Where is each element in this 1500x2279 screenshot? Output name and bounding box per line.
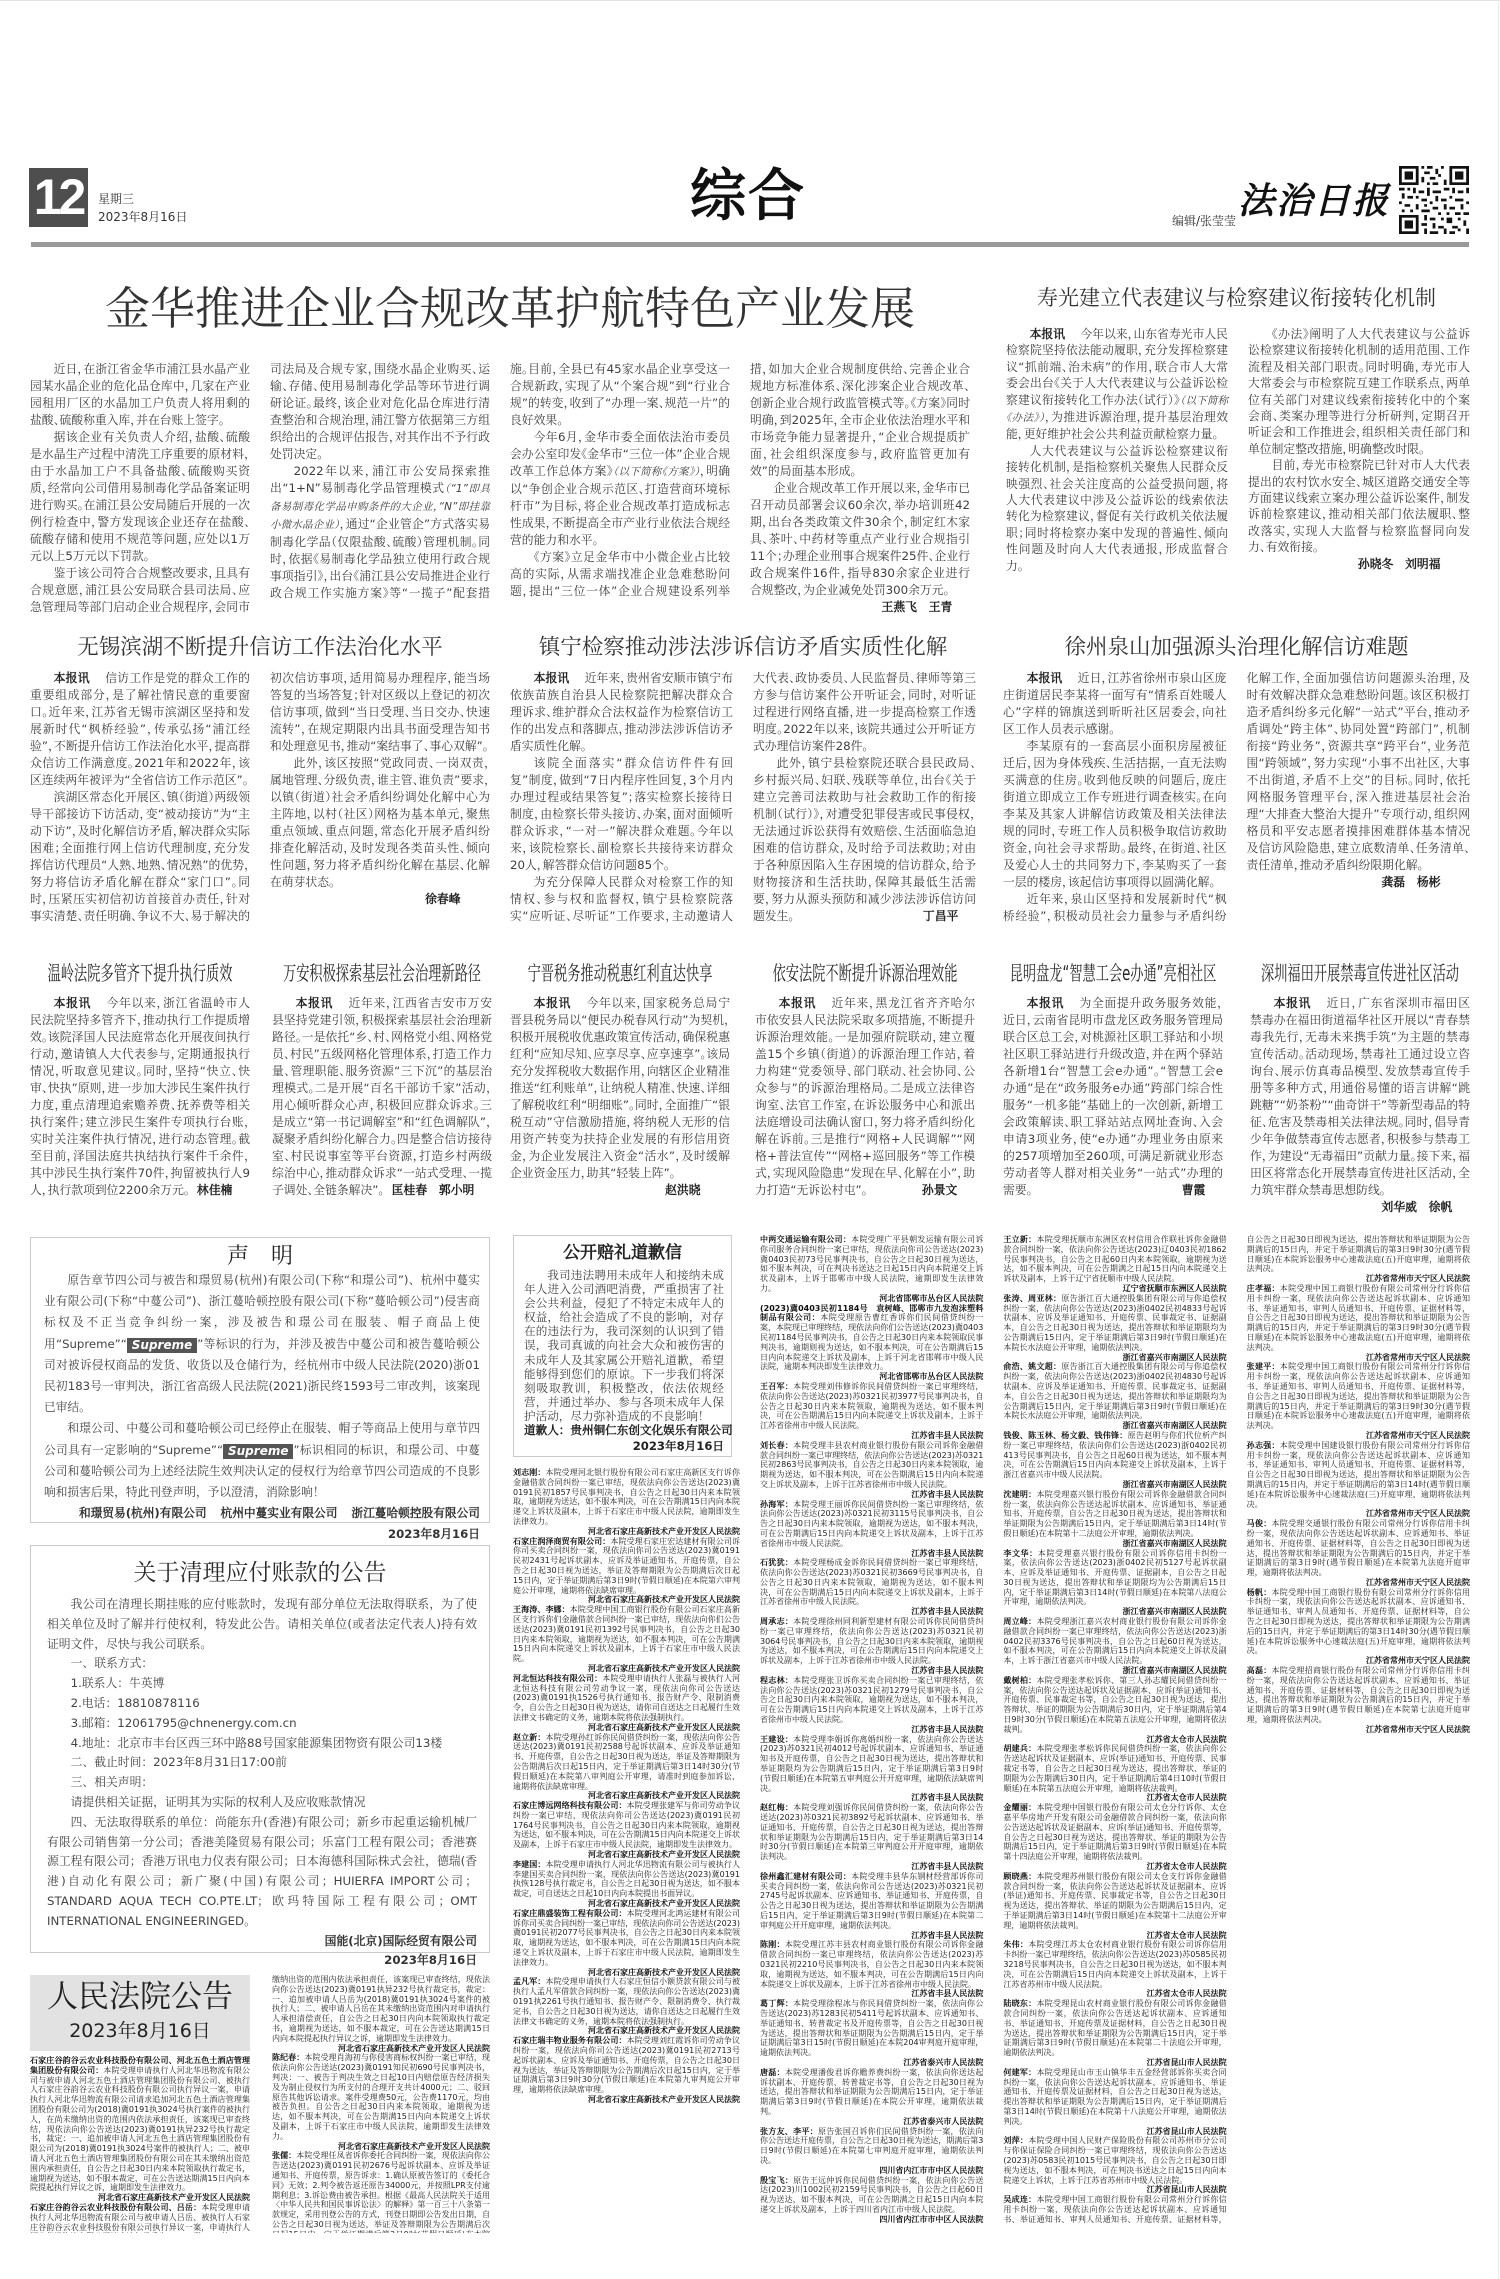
notice-body: 张建平：本院受理中国工商银行股份有限公司常州分行诉你信用卡纠纷一案，现依法向你公… xyxy=(1247,1362,1470,1431)
notice-text: 本院受理丰县农村商业银行股份有限公司诉你金融借款合同纠纷一案已审理终结，依法向你… xyxy=(760,1441,983,1489)
court-notice: 周立峰：本院受理浙江嘉兴农村商业银行股份有限公司诉你金融借款合同纠纷一案已审理终… xyxy=(1003,1617,1226,1676)
editor-credit: 编辑/张莹莹 xyxy=(1140,214,1236,228)
court-notice: 何建军：本院受理昆山市玉山镇华丰五金经营部诉你买卖合同纠纷一案，依法向你公告送达… xyxy=(1003,2068,1226,2137)
notice-body: 俞浩、姚文超：原告浙江百大通控股集团有限公司与你追偿权纠纷一案，依法向你公告送达… xyxy=(1003,1362,1226,1421)
notice-text: 本院受理徐程冰与你民间借贷纠纷一案，依法向你公告送达(2023)苏1283民初5… xyxy=(760,1999,983,2057)
notice-parties: 吴成连： xyxy=(1003,2195,1036,2204)
notice-parties: 王立新： xyxy=(1003,1235,1036,1244)
issue-weekday: 星期三 xyxy=(98,192,134,206)
notice-body: 顾晓燕：本院受理苏州银行股份有限公司太仓支行诉你金融借款合同纠纷一案，依法向你公… xyxy=(1003,1872,1226,1931)
court-notice: 葛丁辉：本院受理徐程冰与你民间借贷纠纷一案，依法向你公告送达(2023)苏128… xyxy=(760,1999,983,2068)
notice-parties: 戴树柏： xyxy=(1003,1676,1036,1685)
notice-body: 张儒：本院受理任凤省诉你委托合同纠纷一案，现依法向你公告送达(2023)冀019… xyxy=(272,2151,490,2233)
apology-body: 我司违法聘用未成年人和接纳未成年人进入公司酒吧消费，严重损害了社会公共利益，侵犯… xyxy=(524,1268,724,1454)
notice-parties: 胡建兵： xyxy=(1003,1744,1036,1753)
statement-signers: 和璟贸易(杭州)有限公司杭州中蔓实业有限公司浙江蔓哈顿控股有限公司 xyxy=(44,1503,480,1524)
notice-text: 本院受理嘉兴银行股份有限公司诉你金融借款合同纠纷一案，依法向你公告送达起诉状副本… xyxy=(1003,1490,1226,1538)
notice-parties: 庄孝福： xyxy=(1247,1284,1280,1293)
notice-text: 本院受理河北银行股份有限公司石家庄高新区支行诉你金融借款合同纠纷一案已审结，现依… xyxy=(513,1468,740,1526)
notice-parties: 唐磊： xyxy=(760,2068,785,2077)
contact-address: 4.地址：北京市丰台区西三环中路88号国家能源集团物资有限公司13楼 xyxy=(47,1734,477,1754)
paragraph: 人大代表建议与公益诉讼检察建议衔接转化机制，是指检察机关聚焦人民群众反映强烈、社… xyxy=(1006,443,1228,574)
byline: 龚磊 杨彬 xyxy=(1247,874,1471,891)
notice-court: 辽宁省抚顺市东洲区人民法院 xyxy=(1003,1284,1226,1294)
article-body: 本报讯信访工作是党的群众工作的重要组成部分，是了解社情民意的重要窗口。近年来，江… xyxy=(30,670,490,936)
notice-court: 四川省内江市市中区人民法院 xyxy=(760,2215,983,2225)
notice-body: 周承志：本院受理徐州同利新型建材有限公司诉你民间借贷纠纷一案已审理终结，依法向你… xyxy=(760,1617,983,1666)
page-number: 12 xyxy=(29,168,88,227)
paragraph: 本报讯信访工作是党的群众工作的重要组成部分，是了解社情民意的重要窗口。近年来，江… xyxy=(30,670,250,789)
court-notice: 杨帆：本院受理中国工商银行股份有限公司常州分行诉你信用卡纠纷一案，现依法向你公告… xyxy=(1247,1588,1470,1666)
notice-court: 江苏省丰县人民法院 xyxy=(760,1793,983,1803)
notice-court: 河北省石家庄高新技术产业开发区人民法院 xyxy=(513,1899,740,1909)
notice-body: 庄孝福：本院受理中国工商银行股份有限公司常州分行诉你信用卡纠纷一案，现依法向你公… xyxy=(1247,1284,1470,1353)
court-notices-columns: 中两交通运输有限公司：本院受理广平县朝发运输有限公司诉你司服务合同纠纷一案已审结… xyxy=(760,1235,1470,2233)
notice-text: 本院受理孙红诉你民间借贷纠纷一案，现依法向你公告送达(2023)冀0191民初2… xyxy=(513,1733,740,1791)
court-notice: 孟凡军：本院受理申请执行人石家庄恒信小额贷款有限公司与被执行人孟凡军借款合同纠纷… xyxy=(513,1977,740,2036)
court-notice: 金耀丽：本院受理中国银行股份有限公司太仓分行诉你、太仓嘉平华房地产开发有限公司金… xyxy=(1003,1803,1226,1872)
notice-body: 赵红梅：本院受理刘强诉你民间借贷纠纷一案，依法向你公告送达(2023)苏0321… xyxy=(760,1803,983,1862)
notice-court: 河北省邯郸市丛台区人民法院 xyxy=(760,1294,983,1304)
notice-court: 河北省石家庄高新技术产业开发区人民法院 xyxy=(513,1664,740,1674)
court-notice: 胡建兵：本院受理张孝松诉你民间借贷纠纷一案，依法向你公告送达起诉状及证据副本、应… xyxy=(1003,1744,1226,1803)
court-notice: 钱俊、陈玉林、杨文毅、钱伟锋：原告赵明与你们代位析产纠纷一案已审理终结，依法向你… xyxy=(1003,1431,1226,1490)
statement-date: 2023年8月16日 xyxy=(44,1524,480,1545)
paragraph: 企业合规改革工作开展以来，金华市已召开动员部署会议60余次，举办培训班42期，出… xyxy=(750,480,970,599)
dateline: 本报讯 xyxy=(1027,996,1065,1010)
header-rule xyxy=(31,242,1469,247)
notice-body: 戴树柏：本院受理张孝松诉你、第三人孙志耀民间借贷纠纷一案，依法向你公告送达起诉状… xyxy=(1003,1676,1226,1735)
notice-parties: 金耀丽： xyxy=(1003,1803,1036,1812)
court-notice: 顾晓燕：本院受理苏州银行股份有限公司太仓支行诉你金融借款合同纠纷一案，依法向你公… xyxy=(1003,1872,1226,1941)
notice-text: 本院受理王丽诉你民间借贷纠纷一案已审理终结，依法向你公告送达(2023)苏032… xyxy=(760,1500,983,1548)
notice-court: 浙江省嘉兴市南湖区人民法院 xyxy=(1003,1539,1226,1549)
notice-body: 刘长春：本院受理丰县农村商业银行股份有限公司诉你金融借款合同纠纷一案已审理终结，… xyxy=(760,1441,983,1490)
court-notice: 王立新：本院受理抚顺市东洲区农村信用合作联社诉你金融借款合同纠纷一案，依法向你公… xyxy=(1003,1235,1226,1294)
notice-parties: 张涛、周亚林： xyxy=(1003,1294,1061,1303)
paragraph-text: 近日，广东省深圳市福田区禁毒办在福田街道福华社区开展以“青春禁毒我先行，无毒未来… xyxy=(1250,996,1470,1197)
notice-body: 陆晓东：本院受理昆山农村商业银行股份有限公司诉你金融借款合同纠纷一案，依法向你公… xyxy=(1003,1999,1226,2058)
side-headline: 寿光建立代表建议与检察建议衔接转化机制 xyxy=(1003,283,1470,313)
notice-text: 本院受理抚顺市东洲区农村信用合作联社诉你金融借款合同纠纷一案，依法向你公告送达(… xyxy=(1003,1235,1226,1283)
paragraph: 今年6月，金华市委全面依法治市委员会办公室印发《金华市“三位一体”企业合规改革工… xyxy=(510,429,730,549)
court-notice: 石家庄谷韵谷云农业科技股份有限公司、河北五色土酒店管理集团股份有限公司：本院受理… xyxy=(30,2056,250,2203)
court-notice: 张儒：本院受理任凤省诉你委托合同纠纷一案，现依法向你公告送达(2023)冀019… xyxy=(272,2151,490,2233)
paragraph: 近日，在浙江省金华市浦江县水晶产业园某水晶企业的危化品仓库中，几家在产业园租用厂… xyxy=(30,361,250,429)
notice-court: 江苏省丰县人民法院 xyxy=(760,1549,983,1559)
brief-headline: 万安积极探索基层社会治理新路径 xyxy=(270,960,494,986)
notice-parties: 陆晓东： xyxy=(1003,1999,1036,2008)
notice-text: 本院受理江苏太仓农村商业银行股份有限公司诉你信用卡纠纷一案已审理终结，依法向你公… xyxy=(1003,1940,1226,1988)
supreme-logo-icon: Supreme xyxy=(223,1444,293,1459)
notice-body: 沈建明：本院受理嘉兴银行股份有限公司诉你金融借款合同纠纷一案，依法向你公告送达起… xyxy=(1003,1490,1226,1539)
notice-text: 本院受理中国建设银行股份有限公司常州分行诉你信用卡纠纷一案，现依法向你公告送达起… xyxy=(1247,1441,1470,1509)
notice-court: 浙江省嘉兴市南湖区人民法院 xyxy=(1003,1480,1226,1490)
page-right-border xyxy=(1498,0,1499,2279)
notice-court: 四川省内江市市中区人民法院 xyxy=(760,2166,983,2176)
notice-court: 江苏省常州市天宁区人民法院 xyxy=(1247,1509,1470,1519)
notice-court: 江苏省昆山市人民法院 xyxy=(1003,2185,1226,2195)
accounts-notice-body: 我公司在清理长期挂账的应付账款时，发现有部分单位无法取得联系，为了使相关单位及时… xyxy=(47,1595,477,1971)
notice-court: 江苏省常州市天宁区人民法院 xyxy=(1247,1725,1470,1735)
unreachable-units: 四、无法取得联系的单位：尚能东升(香港)有限公司；新乡市起重运输机械厂有限公司销… xyxy=(47,1813,477,1932)
court-notice: 石家庄润泽商贸有限公司：本院受理石家庄宏达建材有限公司诉你司买卖合同纠纷一案，现… xyxy=(513,1537,740,1606)
statement-title: 声 明 xyxy=(31,1243,489,1271)
paragraph-text: 今年以来，国家税务总局宁晋县税务局以“便民办税春风行动”为契机，积极开展税收优惠… xyxy=(510,996,730,1180)
court-notice: 马俊：本院受理交通银行股份有限公司常州分行诉你信用卡纠纷一案，现依法向你公告送达… xyxy=(1247,1519,1470,1588)
notice-body: 杨帆：本院受理中国工商银行股份有限公司常州分行诉你信用卡纠纷一案，现依法向你公告… xyxy=(1247,1588,1470,1657)
court-notice: (2023)冀0403民初1184号 袁树峰、邯郸市九发泡沫塑料制品有限公司：本… xyxy=(760,1304,983,1382)
notice-text: 本院受理原告曹红香诉你们民间借贷纠纷一案，本院现已审理终结，现依法向你们公告送达… xyxy=(760,1313,983,1371)
notice-body: 何建军：本院受理昆山市玉山镇华丰五金经营部诉你买卖合同纠纷一案，依法向你公告送达… xyxy=(1003,2068,1226,2127)
notice-body: 张涛、周亚林：原告浙江百大通控股集团有限公司与你追偿权纠纷一案，依法向你公告送达… xyxy=(1003,1294,1226,1353)
notice-body: 王海涛、李娜：本院受理中国工商银行股份有限公司石家庄高新区支行诉你们金融借款合同… xyxy=(513,1605,740,1664)
notice-body: 李建国：本院受理申请执行人河北华迅物流有限公司与被执行人李建国买卖合同纠纷一案，… xyxy=(513,1860,740,1899)
statement-notice: 声 明 原告章节四公司与被告和璟贸易(杭州)有限公司(下称“和璟公司”)、杭州中… xyxy=(30,1237,490,1523)
paragraph-note: （以下简称《方案》） xyxy=(613,466,700,478)
brief-headline: 深圳福田开展禁毒宣传进社区活动 xyxy=(1248,960,1472,986)
dateline: 本报讯 xyxy=(1030,327,1065,341)
signer: 浙江蔓哈顿控股有限公司 xyxy=(351,1506,480,1520)
notice-parties: 赵立新： xyxy=(513,1733,545,1742)
notice-body: 张方友、李平：原告张国召诉你们民间借贷纠纷一案，依法向你公告送达开庭传票，自公告… xyxy=(760,2127,983,2166)
notice-parties: 陈刚： xyxy=(760,1940,785,1949)
notice-parties: 杨帆： xyxy=(1247,1588,1272,1597)
notice-parties: 张儒： xyxy=(272,2151,296,2160)
notice-text: 本院受理中国工商银行股份有限公司常州分行诉你信用卡纠纷一案，现依法向你公告送达起… xyxy=(1247,1588,1470,1656)
brief-body: 本报讯今年以来，国家税务总局宁晋县税务局以“便民办税春风行动”为契机，积极开展税… xyxy=(510,995,730,1199)
notice-court: 河北省石家庄高新技术产业开发区人民法院 xyxy=(513,1723,740,1733)
notice-body: 王建设：本院受理李娟诉你离婚纠纷一案，依法向你公告送达(2023)苏0321民初… xyxy=(760,1735,983,1794)
notice-text: 本院受理嘉兴银行股份有限公司诉你信用卡纠纷一案，依法向你公告送达(2023)浙0… xyxy=(1003,1549,1226,1607)
page-top-border xyxy=(0,0,1500,1)
notice-court: 河北省邯郸市丛台区人民法院 xyxy=(760,1372,983,1382)
notice-body: 中两交通运输有限公司：本院受理广平县朝发运输有限公司诉你司服务合同纠纷一案已审结… xyxy=(760,1235,983,1294)
notice-text: 本院受理招商银行股份有限公司常州分行诉你信用卡纠纷一案，现依法向你公告送达起诉状… xyxy=(1247,1666,1470,1724)
notice-body: 石家庄鼎盛装饰工程有限公司：本院受理河北鸿运建材有限公司诉你司买卖合同纠纷一案已… xyxy=(513,1909,740,1968)
notice-text: 缴纳出资的范围内依法承担责任，该案现已审查终结，现依法向你公告送达(2023)冀… xyxy=(272,1975,490,2043)
notice-text: 本院受理刘伟修诉你民间借贷纠纷一案已审理终结，依法向你公告送达(2023)苏03… xyxy=(760,1382,983,1430)
notice-court: 江苏省丰县人民法院 xyxy=(760,1989,983,1999)
court-notice: 石家庄博远网络科技有限公司：本院受理张建军与你司劳动争议纠纷一案已审结，现依法向… xyxy=(513,1801,740,1860)
public-apology-letter: 公开赔礼道歉信 我司违法聘用未成年人和接纳未成年人进入公司酒吧消费，严重损害了社… xyxy=(513,1235,732,1457)
notice-text: 本院受理浙江嘉兴农村商业银行股份有限公司诉你金融借款合同纠纷一案已审理终结，依法… xyxy=(1003,1617,1226,1665)
notice-parties: 石家庄瑞丰物业服务有限公司： xyxy=(513,2036,627,2045)
byline: 王燕飞 王青 xyxy=(882,599,953,616)
brief-body: 本报讯为全面提升政务服务效能，近日，云南省昆明市盘龙区政务服务管理局联合区总工会… xyxy=(1003,995,1223,1199)
court-notice: 石家庄瑞丰物业服务有限公司：本院受理刘红霞诉你司劳动争议纠纷一案，现依法向你司公… xyxy=(513,2036,740,2105)
paragraph: 本报讯今年以来，国家税务总局宁晋县税务局以“便民办税春风行动”为契机，积极开展税… xyxy=(510,995,730,1182)
paragraph-text: 近年来，黑龙江省齐齐哈尔市依安县人民法院采取多项措施，不断提升诉源治理效能。一是… xyxy=(755,996,975,1197)
notice-body: 赵立新：本院受理孙红诉你民间借贷纠纷一案，现依法向你公告送达(2023)冀019… xyxy=(513,1733,740,1792)
notice-parties: 孙志强： xyxy=(1247,1441,1280,1450)
notice-text: 本院受理申请执行人石家庄恒信小额贷款有限公司与被执行人孟凡军借款合同纠纷一案，现… xyxy=(513,1977,740,2025)
notice-court: 江苏省太仓市人民法院 xyxy=(1003,1862,1226,1872)
court-notice: 程志林：本院受理张卫诉你买卖合同纠纷一案已审理终结，依法向你公告送达(2023)… xyxy=(760,1676,983,1735)
notice-parties: 马俊： xyxy=(1247,1519,1272,1528)
notice-court: 河北省石家庄高新技术产业开发区人民法院 xyxy=(272,2142,490,2152)
notice-text: 原告浙江百大通控股集团有限公司与你追偿权纠纷一案，依法向你公告送达(2023)浙… xyxy=(1003,1362,1226,1420)
court-notice: 孙海军：本院受理王丽诉你民间借贷纠纷一案已审理终结，依法向你公告送达(2023)… xyxy=(760,1500,983,1559)
article-headline: 徐州泉山加强源头治理化解信访难题 xyxy=(1003,634,1470,662)
notice-text: 本院受理昆山市玉山镇华丰五金经营部诉你买卖合同纠纷一案，依法向你公告送达起诉状副… xyxy=(1003,2068,1226,2126)
byline: 徐春峰 xyxy=(270,891,490,908)
notice-body: 钱俊、陈玉林、杨文毅、钱伟锋：原告赵明与你们代位析产纠纷一案已审理终结，依法向你… xyxy=(1003,1431,1226,1480)
court-notice: 中两交通运输有限公司：本院受理广平县朝发运输有限公司诉你司服务合同纠纷一案已审结… xyxy=(760,1235,983,1304)
notice-court: 江苏省丰县人民法院 xyxy=(760,1607,983,1617)
contact-phone: 2.电话：18810878116 xyxy=(47,1694,477,1714)
paragraph-text: 为全面提升政务服务效能，近日，云南省昆明市盘龙区政务服务管理局联合区总工会，对桃… xyxy=(1003,996,1223,1197)
court-notice: 赵红梅：本院受理刘强诉你民间借贷纠纷一案，依法向你公告送达(2023)苏0321… xyxy=(760,1803,983,1872)
notice-court: 浙江省嘉兴市南湖区人民法院 xyxy=(1003,1666,1226,1676)
apology-signer: 道歉人：贵州铜仁东创文化娱乐有限公司 xyxy=(524,1423,724,1439)
paragraph: 本报讯近年来，黑龙江省齐齐哈尔市依安县人民法院采取多项措施，不断提升诉源治理效能… xyxy=(755,995,975,1199)
contact-email: 3.邮箱：12061795@chnenergy.com.cn xyxy=(47,1714,477,1734)
statement-body: 原告章节四公司与被告和璟贸易(杭州)有限公司(下称“和璟公司”)、杭州中蔓实业有… xyxy=(44,1270,480,1546)
notice-body: 高磊：本院受理招商银行股份有限公司常州分行诉你信用卡纠纷一案，现依法向你公告送达… xyxy=(1247,1666,1470,1725)
paragraph: 此外，该区按照“党政同责、一岗双责，属地管理、分级负责，谁主管、谁负责”要求，以… xyxy=(270,755,490,891)
notice-body: 刘萍：本院受理中国人民财产保险股份有限公司苏州市分公司与你保证保险合同纠纷一案已… xyxy=(1003,2136,1226,2185)
article-body: 本报讯近年来，贵州省安顺市镇宁布依族苗族自治县人民检察院把解决群众合理诉求、维护… xyxy=(510,670,976,936)
notice-body: 葛丁辉：本院受理徐程冰与你民间借贷纠纷一案，依法向你公告送达(2023)苏128… xyxy=(760,1999,983,2058)
court-notices-date: 2023年8月16日 xyxy=(30,2019,250,2043)
notice-parties: 刘志刚： xyxy=(513,1468,545,1477)
notice-body: 王立新：本院受理抚顺市东洲区农村信用合作联社诉你金融借款合同纠纷一案，依法向你公… xyxy=(1003,1235,1226,1284)
paragraph-text: 信访工作是党的群众工作的重要组成部分，是了解社情民意的重要窗口。近年来，江苏省无… xyxy=(30,671,250,787)
court-notice: 周承志：本院受理徐州同利新型建材有限公司诉你民间借贷纠纷一案已审理终结，依法向你… xyxy=(760,1617,983,1676)
notice-text: 本院受理杨成金诉你民间借贷纠纷一案已审理终结，依法向你公告送达(2023)苏03… xyxy=(760,1558,983,1606)
brief-body: 本报讯近日，广东省深圳市福田区禁毒办在福田街道福华社区开展以“青春禁毒我先行，无… xyxy=(1250,995,1470,1216)
notice-company: 国能(北京)国际经贸有限公司 xyxy=(47,1932,477,1952)
notice-parties: 张方友、李平： xyxy=(760,2127,818,2136)
notice-text: 本院受理江苏丰县农村商业银行股份有限公司诉你金融借款合同纠纷一案已审理终结，依法… xyxy=(760,1940,983,1988)
dateline: 本报讯 xyxy=(534,671,570,685)
court-notice: 孙志强：本院受理中国建设银行股份有限公司常州分行诉你信用卡纠纷一案，现依法向你公… xyxy=(1247,1441,1470,1519)
notice-court: 江苏省常州市天宁区人民法院 xyxy=(1247,1274,1470,1284)
notice-court: 江苏省泰兴市人民法院 xyxy=(760,2117,983,2127)
brief-body: 本报讯今年以来，浙江省温岭市人民法院坚持多管齐下，推动执行工作提质增效。该院泽国… xyxy=(30,995,250,1199)
notice-text: 本院受理任凤省诉你委托合同纠纷一案，现依法向你公告送达(2023)冀0191民初… xyxy=(272,2151,490,2233)
notice-text: 本院受理张卫诉你买卖合同纠纷一案已审理终结，依法向你公告送达(2023)苏032… xyxy=(760,1676,983,1724)
notice-court: 江苏省常州市天宁区人民法院 xyxy=(1247,1431,1470,1441)
notice-parties: 河北恒达科技有限公司： xyxy=(513,1674,602,1683)
court-notice: 戴树柏：本院受理张孝松诉你、第三人孙志耀民间借贷纠纷一案，依法向你公告送达起诉状… xyxy=(1003,1676,1226,1745)
notice-body: 石家庄谷韵谷云农业科技股份有限公司、吕岳：本院受理申请执行人河北华迅物流有限公司… xyxy=(30,2203,250,2233)
issue-date: 2023年8月16日 xyxy=(98,210,187,224)
notice-text: 本院受理交通银行股份有限公司常州分行诉你信用卡纠纷一案，现依法向你公告送达起诉状… xyxy=(1247,1519,1470,1577)
notice-court: 江苏省丰县人民法院 xyxy=(760,1725,983,1735)
accounts-notice-title: 关于清理应付账款的公告 xyxy=(31,1558,489,1588)
apology-title: 公开赔礼道歉信 xyxy=(514,1241,731,1265)
byline: 丁昌平 xyxy=(923,908,958,925)
paragraph: 本报讯近日，江苏省徐州市泉山区庞庄街道居民李某将一面写有“情系百姓暖人心”字样的… xyxy=(1003,670,1227,738)
byline: 赵洪晓 xyxy=(510,1182,730,1199)
apology-date: 2023年8月16日 xyxy=(524,1439,724,1455)
notice-parties: 石家庄博远网络科技有限公司： xyxy=(513,1801,627,1810)
byline: 孙景文 xyxy=(922,1182,957,1199)
notice-parties: 石家庄鼎盛装饰工程有限公司： xyxy=(513,1909,627,1918)
notice-body: 刘志刚：本院受理河北银行股份有限公司石家庄高新区支行诉你金融借款合同纠纷一案已审… xyxy=(513,1468,740,1527)
notice-body: 殷宝飞：原告王远仲诉你民间借贷纠纷一案，依法向你公告送达(2023)川1002民… xyxy=(760,2176,983,2215)
paragraph: 李某原有的一套高层小面积房屋被征迁后，因为身体残疾、生活拮据，一直无法购买满意的… xyxy=(1003,738,1227,891)
court-notices-column: 缴纳出资的范围内依法承担责任，该案现已审查终结，现依法向你公告送达(2023)冀… xyxy=(272,1975,490,2233)
court-notices-title: 人民法院公告 xyxy=(30,1979,250,2015)
notice-court: 江苏省太仓市人民法院 xyxy=(1003,1931,1226,1941)
notice-court: 河北省石家庄高新技术产业开发区人民法院 xyxy=(513,1595,740,1605)
court-notice: 河北恒达科技有限公司：本院受理申请执行人张磊与被执行人河北恒达科技有限公司劳动争… xyxy=(513,1674,740,1733)
notice-body: 石家庄润泽商贸有限公司：本院受理石家庄宏达建材有限公司诉你司买卖合同纠纷一案，现… xyxy=(513,1537,740,1596)
notice-court: 江苏省泰兴市人民法院 xyxy=(760,2058,983,2068)
notice-parties: 陈纪春： xyxy=(272,2053,304,2062)
side-article-body: 本报讯今年以来，山东省寿光市人民检察院坚持依法能动履职，充分发挥检察建议“抓前端… xyxy=(1006,326,1470,608)
notice-court: 江苏省丰县人民法院 xyxy=(760,1931,983,1941)
notice-body: 马俊：本院受理交通银行股份有限公司常州分行诉你信用卡纠纷一案，现依法向你公告送达… xyxy=(1247,1519,1470,1578)
notice-body: 李文华：本院受理嘉兴银行股份有限公司诉你信用卡纠纷一案，依法向你公告送达(202… xyxy=(1003,1549,1226,1608)
notice-parties: 王建设： xyxy=(760,1735,793,1744)
paragraph: 我公司在清理长期挂账的应付账款时，发现有部分单位无法取得联系，为了使相关单位及时… xyxy=(47,1595,477,1654)
paragraph: 本报讯今年以来，浙江省温岭市人民法院坚持多管齐下，推动执行工作提质增效。该院泽国… xyxy=(30,995,250,1199)
notice-court: 江苏省太仓市人民法院 xyxy=(1003,1793,1226,1803)
notice-text: 本院受理中国银行股份有限公司太仓分行诉你、太仓嘉平华房地产开发有限公司金融借款合… xyxy=(1003,1803,1226,1861)
notice-text: 本院受理昆山农村商业银行股份有限公司诉你金融借款合同纠纷一案，依法向你公告送达起… xyxy=(1003,1999,1226,2057)
notice-text: 本院受理中国工商银行股份有限公司常州分行诉你信用卡纠纷一案，现依法向你公告送达起… xyxy=(1247,1362,1470,1430)
notice-court: 江苏省丰县人民法院 xyxy=(760,1490,983,1500)
brief-headline: 昆明盘龙“智慧工会e办通”亮相社区 xyxy=(1001,960,1225,986)
byline: 曹霞 xyxy=(1182,1182,1206,1199)
court-notice: 王海涛、李娜：本院受理中国工商银行股份有限公司石家庄高新区支行诉你们金融借款合同… xyxy=(513,1605,740,1674)
notice-court: 江苏省常州市天宁区人民法院 xyxy=(1247,1578,1470,1588)
signer: 杭州中蔓实业有限公司 xyxy=(221,1506,338,1520)
notice-date: 2023年8月16日 xyxy=(47,1951,477,1971)
notice-line: 三、相关声明： xyxy=(47,1773,477,1793)
court-notice: 李文华：本院受理嘉兴银行股份有限公司诉你信用卡纠纷一案，依法向你公告送达(202… xyxy=(1003,1549,1226,1618)
notice-court: 江苏省常州市天宁区人民法院 xyxy=(1247,1656,1470,1666)
dateline: 本报讯 xyxy=(779,996,817,1010)
notice-court: 江苏省常州市天宁区人民法院 xyxy=(1247,1353,1470,1363)
court-notices-column: 石家庄谷韵谷云农业科技股份有限公司、河北五色土酒店管理集团股份有限公司：本院受理… xyxy=(30,2056,250,2233)
notice-court: 浙江省嘉兴市南湖区人民法院 xyxy=(1003,1353,1226,1363)
court-notice: 高磊：本院受理招商银行股份有限公司常州分行诉你信用卡纠纷一案，现依法向你公告送达… xyxy=(1247,1666,1470,1735)
notice-body: 河北恒达科技有限公司：本院受理申请执行人张磊与被执行人河北恒达科技有限公司劳动争… xyxy=(513,1674,740,1723)
notice-text: 原告王远仲诉你民间借贷纠纷一案，依法向你公告送达(2023)川1002民初215… xyxy=(760,2176,983,2214)
court-notice: 缴纳出资的范围内依法承担责任，该案现已审查终结，现依法向你公告送达(2023)冀… xyxy=(272,1975,490,2053)
notice-court: 江苏省太仓市人民法院 xyxy=(1003,1735,1226,1745)
court-notice: 唐磊：本院受理潘俊君诉你赡养费纠纷一案，依法向你送达起诉状副本、开庭传票、转普裁… xyxy=(760,2068,983,2127)
main-headline: 金华推进企业合规改革护航特色产业发展 xyxy=(30,281,990,337)
newspaper-masthead: 法治日报 xyxy=(1238,170,1398,232)
notice-court: 江苏省太仓市人民法院 xyxy=(1003,1989,1226,1999)
court-notice: 陈纪春：本院受理肖海初与你侵害商标权纠纷一案已审结，现依法向你公告送达(2023… xyxy=(272,2053,490,2151)
byline: 匡桂春 郭小明 xyxy=(392,1182,475,1199)
paragraph: 本报讯为全面提升政务服务效能，近日，云南省昆明市盘龙区政务服务管理局联合区总工会… xyxy=(1003,995,1223,1199)
brief-headline: 依安法院不断提升诉源治理效能 xyxy=(753,960,977,986)
qr-code-icon xyxy=(1399,166,1469,234)
notice-parties: 王海涛、李娜： xyxy=(513,1605,570,1614)
notice-parties: 高磊： xyxy=(1247,1666,1272,1675)
dateline: 本报讯 xyxy=(54,996,92,1010)
notice-text: 本院受理中国人民财产保险股份有限公司苏州市分公司与你保证保险合同纠纷一案已审理终… xyxy=(1003,2136,1226,2184)
court-notice: 朱伟：本院受理江苏太仓农村商业银行股份有限公司诉你信用卡纠纷一案已审理终结，依法… xyxy=(1003,1940,1226,1999)
court-notice: 李建国：本院受理申请执行人河北华迅物流有限公司与被执行人李建国买卖合同纠纷一案，… xyxy=(513,1860,740,1909)
court-notice: 殷宝飞：原告王远仲诉你民间借贷纠纷一案，依法向你公告送达(2023)川1002民… xyxy=(760,2176,983,2225)
notice-parties: 俞浩、姚文超： xyxy=(1003,1362,1061,1371)
notice-body: 金耀丽：本院受理中国银行股份有限公司太仓分行诉你、太仓嘉平华房地产开发有限公司金… xyxy=(1003,1803,1226,1862)
paragraph: 原告章节四公司与被告和璟贸易(杭州)有限公司(下称“和璟公司”)、杭州中蔓实业有… xyxy=(44,1270,480,1418)
notice-parties: 沈建明： xyxy=(1003,1490,1036,1499)
paragraph: 目前，寿光市检察院已针对市人大代表提出的农村饮水安全、城区道路交通安全等方面建议… xyxy=(1248,457,1470,555)
court-notice: 石家庄鼎盛装饰工程有限公司：本院受理河北鸿运建材有限公司诉你司买卖合同纠纷一案已… xyxy=(513,1909,740,1978)
notice-body: 石家庄瑞丰物业服务有限公司：本院受理刘红霞诉你司劳动争议纠纷一案，现依法向你司公… xyxy=(513,2036,740,2095)
notice-parties: 周承志： xyxy=(760,1617,793,1626)
dateline: 本报讯 xyxy=(1027,671,1063,685)
notice-parties: 石犹犹： xyxy=(760,1558,793,1567)
accounts-payable-notice: 关于清理应付账款的公告 我公司在清理长期挂账的应付账款时，发现有部分单位无法取得… xyxy=(30,1545,490,1953)
court-notices-header: 人民法院公告 2023年8月16日 xyxy=(30,1975,250,2051)
signer: 和璟贸易(杭州)有限公司 xyxy=(79,1506,207,1520)
paragraph: 本报讯近年来，江西省吉安市万安县坚持党建引领，积极探索基层社会治理新路径。一是依… xyxy=(272,995,492,1199)
notice-body: 唐磊：本院受理潘俊君诉你赡养费纠纷一案，依法向你送达起诉状副本、开庭传票、转普裁… xyxy=(760,2068,983,2117)
notice-body: 石家庄博远网络科技有限公司：本院受理张建军与你司劳动争议纠纷一案已审结，现依法向… xyxy=(513,1801,740,1850)
court-notice: 陈刚：本院受理江苏丰县农村商业银行股份有限公司诉你金融借款合同纠纷一案已审理终结… xyxy=(760,1940,983,1999)
notice-parties: 石家庄谷韵谷云农业科技股份有限公司、吕岳： xyxy=(30,2203,201,2212)
byline: 孙晓冬 刘明福 xyxy=(1248,556,1470,572)
notice-court: 河北省石家庄高新技术产业开发区人民法院 xyxy=(272,2044,490,2054)
dateline: 本报讯 xyxy=(296,996,334,1010)
court-notice: 刘志刚：本院受理河北银行股份有限公司石家庄高新区支行诉你金融借款合同纠纷一案已审… xyxy=(513,1468,740,1537)
notice-text: 本院受理肖海初与你侵害商标权纠纷一案已审结，现依法向你公告送达(2023)冀01… xyxy=(272,2053,490,2140)
brief-body: 本报讯近年来，江西省吉安市万安县坚持党建引领，积极探索基层社会治理新路径。一是依… xyxy=(272,995,492,1199)
brief-headline: 温岭法院多管齐下提升执行质效 xyxy=(28,960,252,986)
brief-body: 本报讯近年来，黑龙江省齐齐哈尔市依安县人民法院采取多项措施，不断提升诉源治理效能… xyxy=(755,995,975,1199)
court-notice: 石犹犹：本院受理杨成金诉你民间借贷纠纷一案已审理终结，依法向你公告送达(2023… xyxy=(760,1558,983,1617)
notice-parties: 何建军： xyxy=(1003,2068,1036,2077)
article-body: 本报讯近日，江苏省徐州市泉山区庞庄街道居民李某将一面写有“情系百姓暖人心”字样的… xyxy=(1003,670,1470,936)
article-headline: 镇宁检察推动涉法涉诉信访矛盾实质性化解 xyxy=(510,634,976,662)
court-notice: 刘长春：本院受理丰县农村商业银行股份有限公司诉你金融借款合同纠纷一案已审理终结，… xyxy=(760,1441,983,1500)
supreme-logo-icon: Supreme xyxy=(127,1338,197,1353)
paragraph: 本报讯今年以来，山东省寿光市人民检察院坚持依法能动履职，充分发挥检察建议“抓前端… xyxy=(1006,326,1228,443)
notice-body: 石犹犹：本院受理杨成金诉你民间借贷纠纷一案已审理终结，依法向你公告送达(2023… xyxy=(760,1558,983,1607)
paragraph-text: 近年来，江西省吉安市万安县坚持党建引领，积极探索基层社会治理新路径。一是依托“乡… xyxy=(272,996,492,1197)
notice-parties: 刘长春： xyxy=(760,1441,793,1450)
dateline: 本报讯 xyxy=(534,996,572,1010)
notice-text: 本院受理张孝松诉你、第三人孙志耀民间借贷纠纷一案，依法向你公告送达起诉状及证据副… xyxy=(1003,1676,1226,1734)
court-notice: 陆晓东：本院受理昆山农村商业银行股份有限公司诉你金融借款合同纠纷一案，依法向你公… xyxy=(1003,1999,1226,2068)
main-article-body: 近日，在浙江省金华市浦江县水晶产业园某水晶企业的危化品仓库中，几家在产业园租用厂… xyxy=(30,361,970,619)
paragraph: 《办法》阐明了人大代表建议与公益诉讼检察建议衔接转化机制的适用范围、工作流程及相… xyxy=(1248,326,1470,457)
notice-parties: 周立峰： xyxy=(1003,1617,1036,1626)
contact-person: 1.联系人：牛英博 xyxy=(47,1674,477,1694)
notice-parties: 程志林： xyxy=(760,1676,793,1685)
notice-court: 河北省石家庄高新技术产业开发区人民法院 xyxy=(513,1968,740,1978)
notice-court: 江苏省丰县人民法院 xyxy=(760,1666,983,1676)
notice-body: 胡建兵：本院受理张孝松诉你民间借贷纠纷一案，依法向你公告送达起诉状及证据副本、应… xyxy=(1003,1744,1226,1793)
court-notice: 庄孝福：本院受理中国工商银行股份有限公司常州分行诉你信用卡纠纷一案，现依法向你公… xyxy=(1247,1284,1470,1362)
notice-court: 江苏省昆山市人民法院 xyxy=(1003,2058,1226,2068)
paragraph: 据该企业有关负责人介绍，盐酸、硫酸是水晶生产过程中清洗工序重要的原材料，由于水晶… xyxy=(30,429,250,565)
notice-text: 本院受理徐州同利新型建材有限公司诉你民间借贷纠纷一案已审理终结，依法向你公告送达… xyxy=(760,1617,983,1665)
paragraph: 本报讯近日，广东省深圳市福田区禁毒办在福田街道福华社区开展以“青春禁毒我先行，无… xyxy=(1250,995,1470,1199)
paragraph: 此外，镇宁县检察院还联合县民政局、乡村振兴局、妇联、残联等单位，出台《关于建立完… xyxy=(753,755,976,925)
notice-parties: 石家庄润泽商贸有限公司： xyxy=(513,1537,610,1546)
notice-court: 河北省石家庄高新技术产业开发区人民法院 xyxy=(513,1850,740,1860)
court-notice: 张建平：本院受理中国工商银行股份有限公司常州分行诉你信用卡纠纷一案，现依法向你公… xyxy=(1247,1362,1470,1440)
notice-text: 本院受理申请执行人河北华迅物流有限公司与被申请人河北五色土酒店管理集团股份有限公… xyxy=(30,2066,250,2193)
notice-parties: 张建平： xyxy=(1247,1362,1280,1371)
notice-text: 本院受理潘俊君诉你赡养费纠纷一案，依法向你送达起诉状副本、开庭传票、转普裁定书等… xyxy=(760,2068,983,2116)
paragraph-text: 企业合规改革工作开展以来，金华市已召开动员部署会议60余次，举办培训班42期，出… xyxy=(750,481,970,597)
notice-parties: 刘萍： xyxy=(1003,2136,1028,2145)
